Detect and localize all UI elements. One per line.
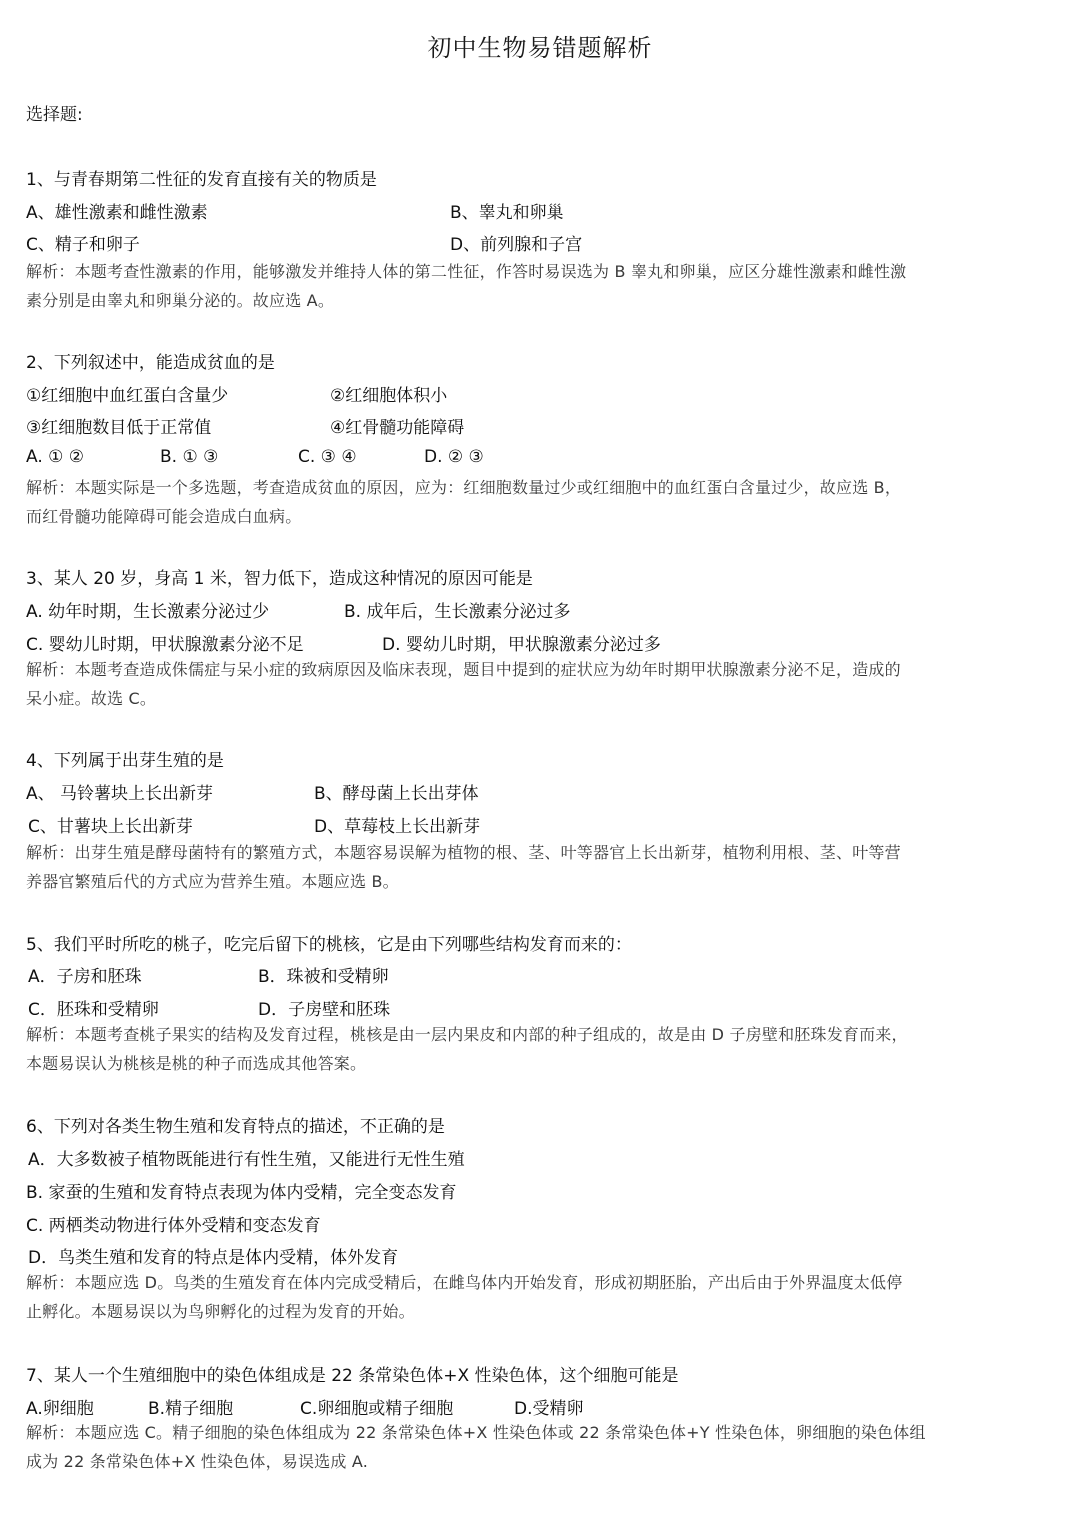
option-c: C、甘薯块上长出新芽 — [28, 812, 193, 837]
analysis-line-2: 本题易误认为桃核是桃的种子而选成其他答案。 — [26, 1051, 366, 1074]
option-d: D. ② ③ — [424, 447, 484, 467]
option-b: B．珠被和受精卵 — [258, 962, 389, 987]
option-d: D、前列腺和子宫 — [450, 230, 582, 255]
analysis-line-2: 素分别是由睾丸和卵巢分泌的。故应选 A。 — [26, 288, 334, 311]
option-c: C、精子和卵子 — [26, 230, 140, 255]
option-c: C．胚珠和受精卵 — [28, 995, 159, 1020]
question-stem: 4、下列属于出芽生殖的是 — [26, 746, 224, 771]
option-b: B.精子细胞 — [148, 1394, 233, 1419]
option-a: A．大多数被子植物既能进行有性生殖，又能进行无性生殖 — [28, 1145, 465, 1170]
option-a: A. ① ② — [26, 447, 84, 467]
option-c: C. 两栖类动物进行体外受精和变态发育 — [26, 1211, 321, 1236]
statement-2: ②红细胞体积小 — [330, 381, 447, 406]
option-d: D、草莓枝上长出新芽 — [314, 812, 480, 837]
section-label: 选择题: — [26, 100, 83, 125]
statement-3: ③红细胞数目低于正常值 — [26, 413, 211, 438]
option-c: C. 婴幼儿时期，甲状腺激素分泌不足 — [26, 630, 304, 655]
question-stem: 2、下列叙述中，能造成贫血的是 — [26, 348, 275, 373]
option-a: A、 马铃薯块上长出新芽 — [26, 779, 213, 804]
question-stem: 6、下列对各类生物生殖和发育特点的描述，不正确的是 — [26, 1112, 445, 1137]
question-stem: 5、我们平时所吃的桃子，吃完后留下的桃核，它是由下列哪些结构发育而来的： — [26, 930, 632, 955]
question-stem: 7、某人一个生殖细胞中的染色体组成是 22 条常染色体+X 性染色体，这个细胞可… — [26, 1361, 679, 1386]
analysis-line-1: 解析：本题应选 D。鸟类的生殖发育在体内完成受精后，在雌鸟体内开始发育，形成初期… — [26, 1270, 902, 1293]
option-b: B. 家蚕的生殖和发育特点表现为体内受精，完全变态发育 — [26, 1178, 456, 1203]
analysis-line-1: 解析：本题考查性激素的作用，能够激发并维持人体的第二性征，作答时易误选为 B 睾… — [26, 259, 906, 282]
option-b: B. ① ③ — [160, 447, 218, 467]
analysis-line-1: 解析：本题实际是一个多选题，考查造成贫血的原因，应为：红细胞数量过少或红细胞中的… — [26, 475, 901, 498]
analysis-line-2: 而红骨髓功能障碍可能会造成白血病。 — [26, 504, 301, 527]
document-title: 初中生物易错题解析 — [0, 28, 1080, 63]
statement-4: ④红骨髓功能障碍 — [330, 413, 464, 438]
analysis-line-2: 止孵化。本题易误以为鸟卵孵化的过程为发育的开始。 — [26, 1299, 415, 1322]
analysis-line-2: 养器官繁殖后代的方式应为营养生殖。本题应选 B。 — [26, 869, 399, 892]
statement-1: ①红细胞中血红蛋白含量少 — [26, 381, 228, 406]
option-a: A.卵细胞 — [26, 1394, 94, 1419]
analysis-line-1: 解析：出芽生殖是酵母菌特有的繁殖方式，本题容易误解为植物的根、茎、叶等器官上长出… — [26, 840, 901, 863]
analysis-line-1: 解析：本题应选 C。精子细胞的染色体组成为 22 条常染色体+X 性染色体或 2… — [26, 1420, 926, 1443]
option-a: A、雄性激素和雌性激素 — [26, 198, 208, 223]
analysis-line-1: 解析：本题考查桃子果实的结构及发育过程，桃核是由一层内果皮和内部的种子组成的，故… — [26, 1022, 908, 1045]
option-d: D．鸟类生殖和发育的特点是体内受精，体外发育 — [28, 1243, 398, 1268]
analysis-line-2: 呆小症。故选 C。 — [26, 686, 156, 709]
option-b: B、睾丸和卵巢 — [450, 198, 564, 223]
analysis-line-1: 解析：本题考查造成侏儒症与呆小症的致病原因及临床表现，题目中提到的症状应为幼年时… — [26, 657, 901, 680]
option-d: D.受精卵 — [514, 1394, 584, 1419]
option-c: C.卵细胞或精子细胞 — [300, 1394, 453, 1419]
option-a: A. 幼年时期，生长激素分泌过少 — [26, 597, 269, 622]
option-b: B、酵母菌上长出芽体 — [314, 779, 479, 804]
option-d: D．子房壁和胚珠 — [258, 995, 390, 1020]
question-stem: 1、与青春期第二性征的发育直接有关的物质是 — [26, 165, 377, 190]
option-b: B. 成年后，生长激素分泌过多 — [344, 597, 570, 622]
option-d: D. 婴幼儿时期，甲状腺激素分泌过多 — [382, 630, 661, 655]
question-stem: 3、某人 20 岁，身高 1 米，智力低下，造成这种情况的原因可能是 — [26, 564, 533, 589]
option-a: A．子房和胚珠 — [28, 962, 142, 987]
option-c: C. ③ ④ — [298, 447, 357, 467]
analysis-line-2: 成为 22 条常染色体+X 性染色体，易误选成 A. — [26, 1449, 368, 1472]
